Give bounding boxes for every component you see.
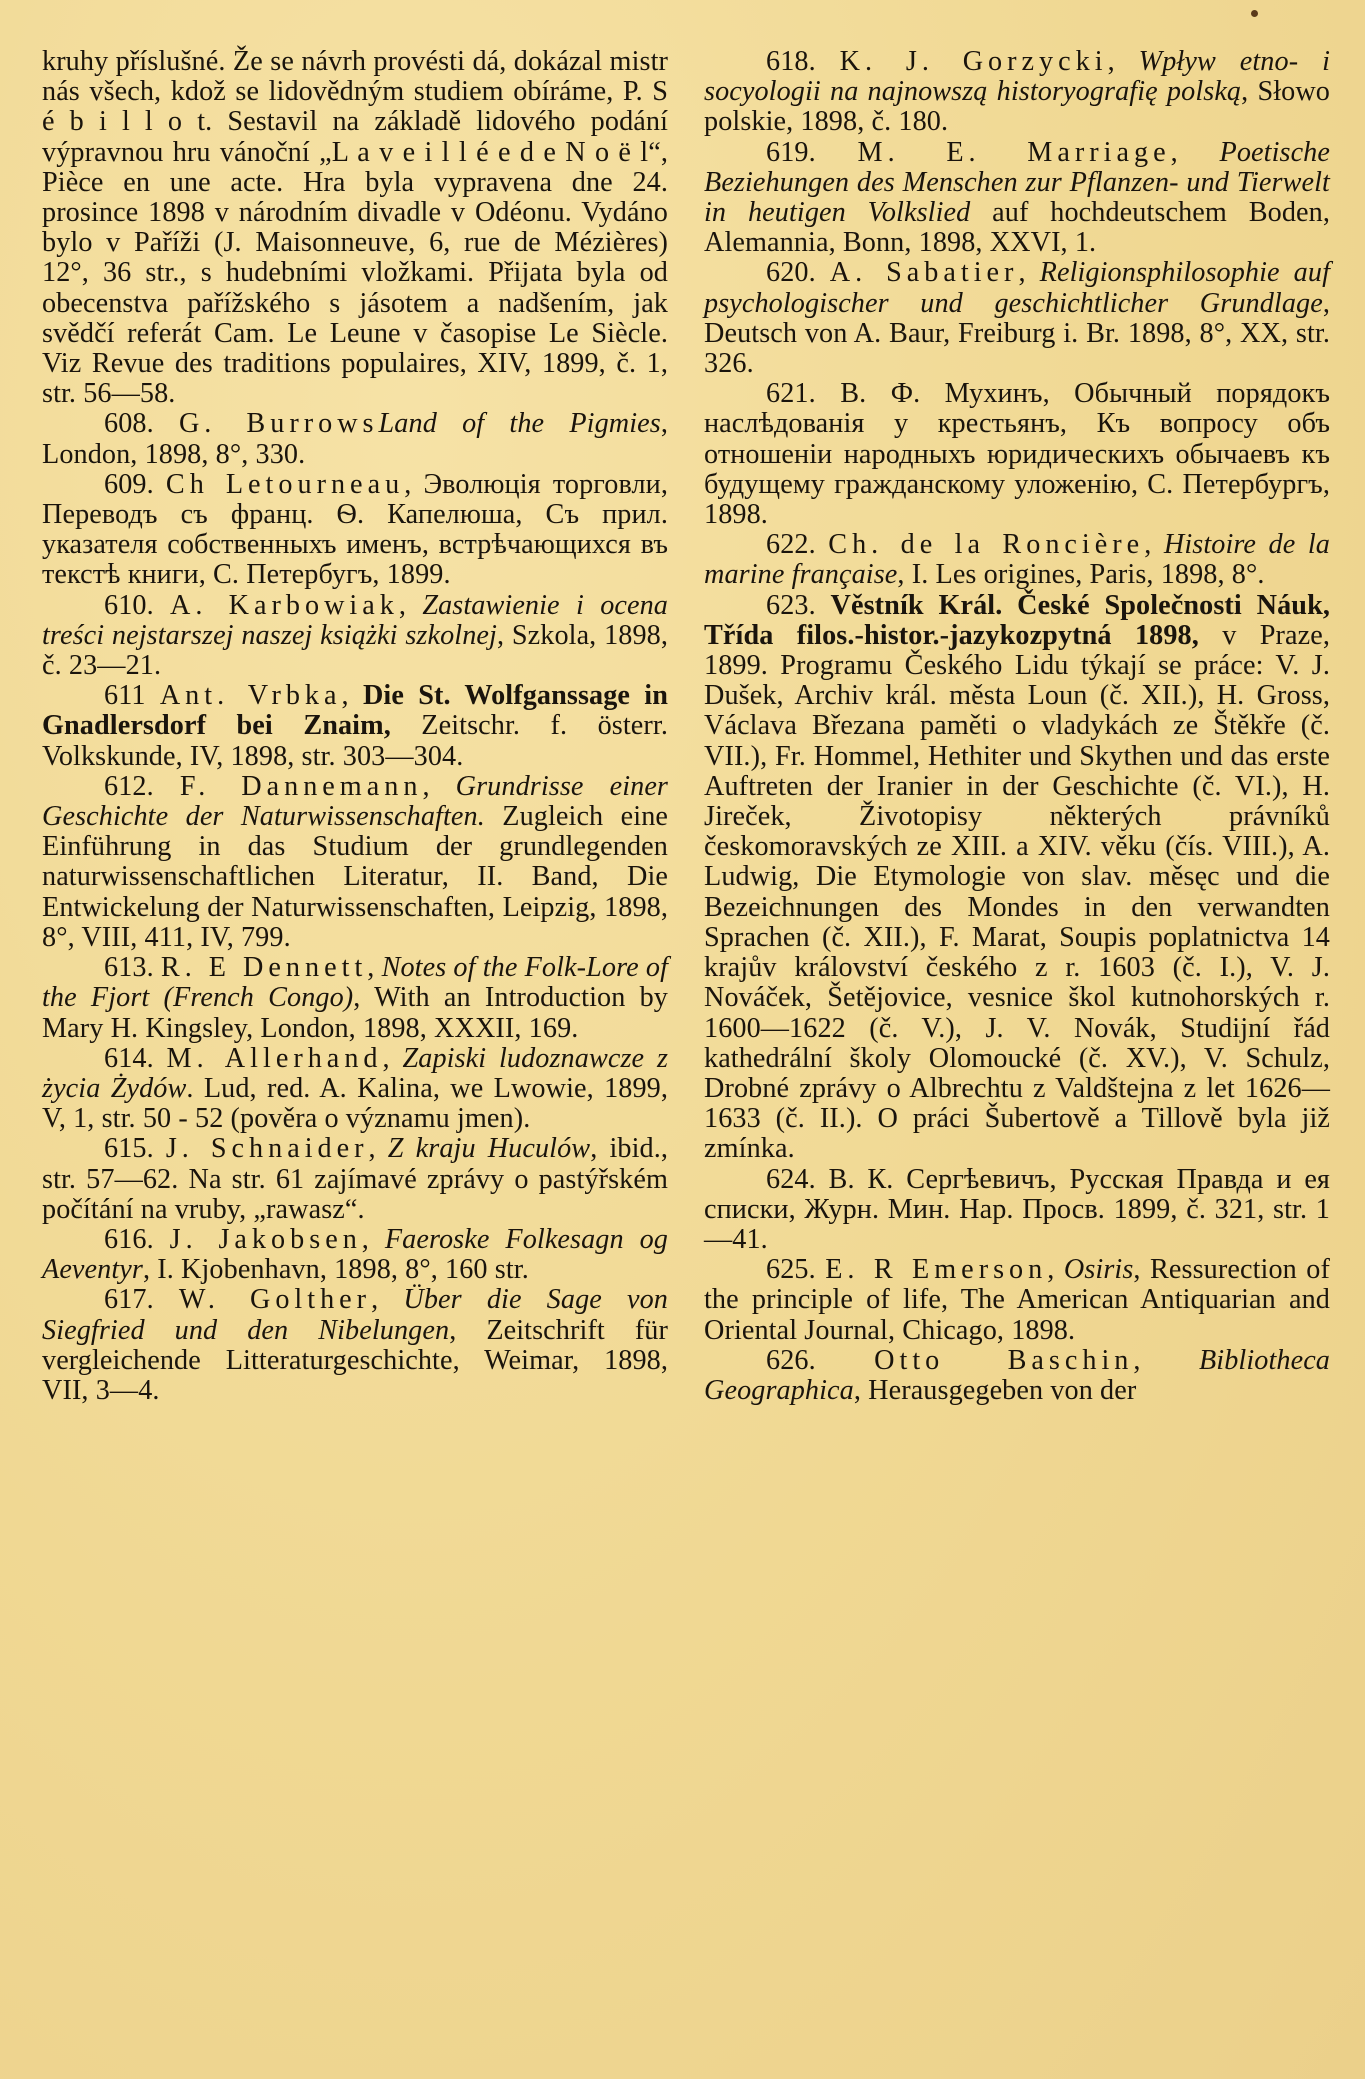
bib-entry-614: 614. M. Allerhand, Zapiski ludoznawcze z… xyxy=(42,1044,668,1135)
entry-author: E. R Emerson xyxy=(825,1254,1047,1285)
entry-number: 623. xyxy=(766,590,816,621)
right-column: 618. K. J. Gorzycki, Wpływ etno- i socyo… xyxy=(704,47,1330,1406)
entry-number: 621. xyxy=(766,378,816,409)
entry-author: K. J. Gorzycki xyxy=(840,46,1108,77)
entry-number: 617. xyxy=(104,1284,154,1315)
entry-number: 615. xyxy=(104,1133,154,1164)
entry-author: Ant. Vrbka xyxy=(160,680,342,711)
bib-entry-609: 609. Ch Letourneau, Эволюція торговли, П… xyxy=(42,470,668,591)
entry-author: M. E. Marriage xyxy=(858,137,1171,168)
entry-number: 608. xyxy=(104,408,154,439)
bib-entry-625: 625. E. R Emerson, Osiris, Ressurection … xyxy=(704,1255,1330,1346)
bib-entry-624: 624. В. К. Сергѣевичъ, Русская Правда и … xyxy=(704,1165,1330,1256)
entry-number: 624. xyxy=(766,1164,816,1195)
entry-details: v Praze, 1899. Programu Českého Lidu týk… xyxy=(704,620,1330,1164)
entry-author: A. Karbowiak xyxy=(170,590,399,621)
entry-number: 613. xyxy=(104,952,154,983)
bib-entry-618: 618. K. J. Gorzycki, Wpływ etno- i socyo… xyxy=(704,47,1330,138)
bib-entry-611: 611 Ant. Vrbka, Die St. Wolfganssage in … xyxy=(42,681,668,772)
bib-entry-626: 626. Otto Baschin, Bibliotheca Geographi… xyxy=(704,1346,1330,1406)
entry-author: J. Jakobsen xyxy=(170,1224,362,1255)
entry-number: 612. xyxy=(104,771,154,802)
bib-entry-612: 612. F. Dannemann, Grundrisse einer Gesc… xyxy=(42,772,668,953)
entry-details: , I. Les origines, Paris, 1898, 8°. xyxy=(897,559,1264,590)
entry-number: 611 xyxy=(104,680,146,711)
bib-entry-613: 613. R. E Dennett, Notes of the Folk-Lor… xyxy=(42,953,668,1044)
bib-entry-619: 619. M. E. Marriage, Poetische Beziehung… xyxy=(704,138,1330,259)
continuation-paragraph: kruhy příslušné. Že se návrh provésti dá… xyxy=(42,47,668,409)
bib-entry-608: 608. G. BurrowsLand of the Pigmies, Lond… xyxy=(42,409,668,469)
entry-title: Osiris xyxy=(1064,1254,1134,1285)
entry-author: F. Dannemann xyxy=(180,771,423,802)
ink-spot xyxy=(1251,10,1258,17)
entry-number: 626. xyxy=(766,1345,816,1376)
bib-entry-617: 617. W. Golther, Über die Sage von Siegf… xyxy=(42,1285,668,1406)
entry-number: 618. xyxy=(766,46,816,77)
document-page: kruhy příslušné. Že se návrh provésti dá… xyxy=(40,47,1330,1406)
bib-entry-622: 622. Ch. de la Roncière, Histoire de la … xyxy=(704,530,1330,590)
entry-number: 620. xyxy=(766,257,816,288)
entry-author: Otto Baschin xyxy=(874,1345,1133,1376)
left-column: kruhy příslušné. Že se návrh provésti dá… xyxy=(42,47,668,1406)
entry-number: 622. xyxy=(766,529,816,560)
entry-author: G. Burrows xyxy=(179,408,379,439)
bib-entry-615: 615. J. Schnaider, Z kraju Huculów, ibid… xyxy=(42,1134,668,1225)
entry-number: 609. xyxy=(104,469,154,500)
entry-details: , Herausgegeben von der xyxy=(854,1375,1137,1406)
entry-author: J. Schnaider xyxy=(166,1133,369,1164)
entry-number: 616. xyxy=(104,1224,154,1255)
entry-number: 619. xyxy=(766,137,816,168)
entry-details: , I. Kjobenhavn, 1898, 8°, 160 str. xyxy=(143,1254,529,1285)
entry-author: R. E Dennett xyxy=(161,952,367,983)
entry-number: 610. xyxy=(104,590,154,621)
bib-entry-623: 623. Věstník Král. České Společnosti Náu… xyxy=(704,591,1330,1165)
entry-title: Land of the Pigmies xyxy=(379,408,661,439)
bib-entry-621: 621. В. Ф. Мухинъ, Обычный порядокъ насл… xyxy=(704,379,1330,530)
bib-entry-610: 610. A. Karbowiak, Zastawienie i ocena t… xyxy=(42,591,668,682)
entry-author: M. Allerhand xyxy=(167,1043,383,1074)
entry-number: 614. xyxy=(104,1043,154,1074)
bib-entry-616: 616. J. Jakobsen, Faeroske Folkesagn og … xyxy=(42,1225,668,1285)
entry-author: W. Golther xyxy=(179,1284,371,1315)
entry-number: 625. xyxy=(766,1254,816,1285)
bib-entry-620: 620. A. Sabatier, Religionsphilosophie a… xyxy=(704,258,1330,379)
entry-author: A. Sabatier xyxy=(830,257,1019,288)
entry-author: Ch Letourneau xyxy=(166,469,404,500)
entry-title: Z kraju Huculów xyxy=(388,1133,590,1164)
entry-author: Ch. de la Roncière xyxy=(828,529,1144,560)
